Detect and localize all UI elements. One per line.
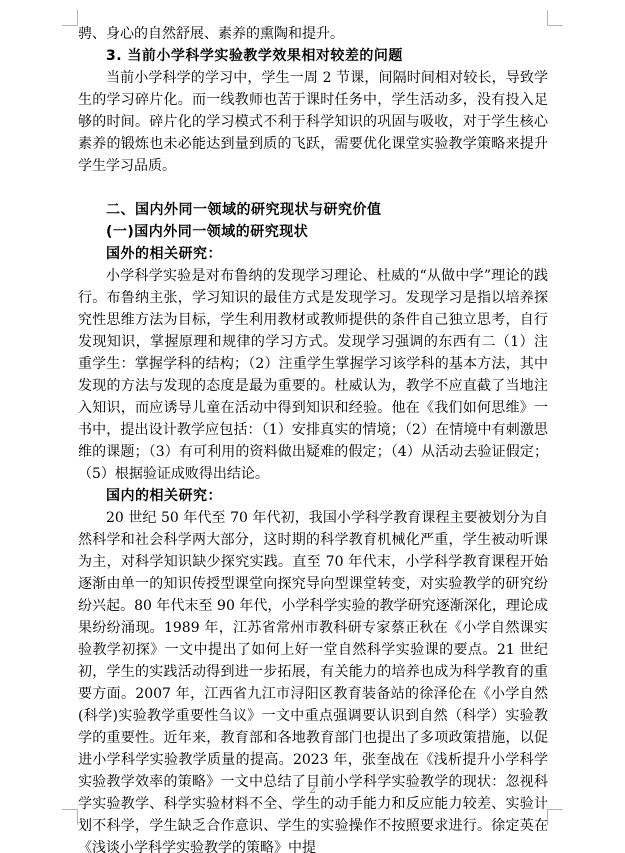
text-boundary-mark-top-left [62,10,78,26]
heading-foreign-research: 国外的相关研究： [78,243,548,265]
heading-domestic-research: 国内的相关研究： [78,485,548,507]
heading-problem-3: 3. 当前小学科学实验教学效果相对较差的问题 [78,45,548,67]
page-number: 2 [0,783,625,797]
document-page: 骋、身心的自然舒展、素养的熏陶和提升。 3. 当前小学科学实验教学效果相对较差的… [0,0,625,853]
text-boundary-mark-bottom-right [547,809,563,825]
paragraph-foreign-research: 小学科学实验是对布鲁纳的发现学习理论、杜威的“从做中学”理论的践行。布鲁纳主张，… [78,265,548,485]
paragraph-continuation: 骋、身心的自然舒展、素养的熏陶和提升。 [78,23,548,45]
text-boundary-mark-bottom-left [62,809,78,825]
heading-subsection-research-status: (一)国内外同一领域的研究现状 [78,221,548,243]
document-body: 骋、身心的自然舒展、素养的熏陶和提升。 3. 当前小学科学实验教学效果相对较差的… [78,23,548,853]
paragraph-current-learning-situation: 当前小学科学的学习中，学生一周 2 节课，间隔时间相对较长，导致学生的学习碎片化… [78,67,548,177]
blank-line [78,177,548,199]
text-boundary-mark-top-right [547,10,563,26]
heading-section-research-status-value: 二、国内外同一领域的研究现状与研究价值 [78,199,548,221]
paragraph-domestic-research: 20 世纪 50 年代至 70 年代初，我国小学科学教育课程主要被划分为自然科学… [78,507,548,853]
